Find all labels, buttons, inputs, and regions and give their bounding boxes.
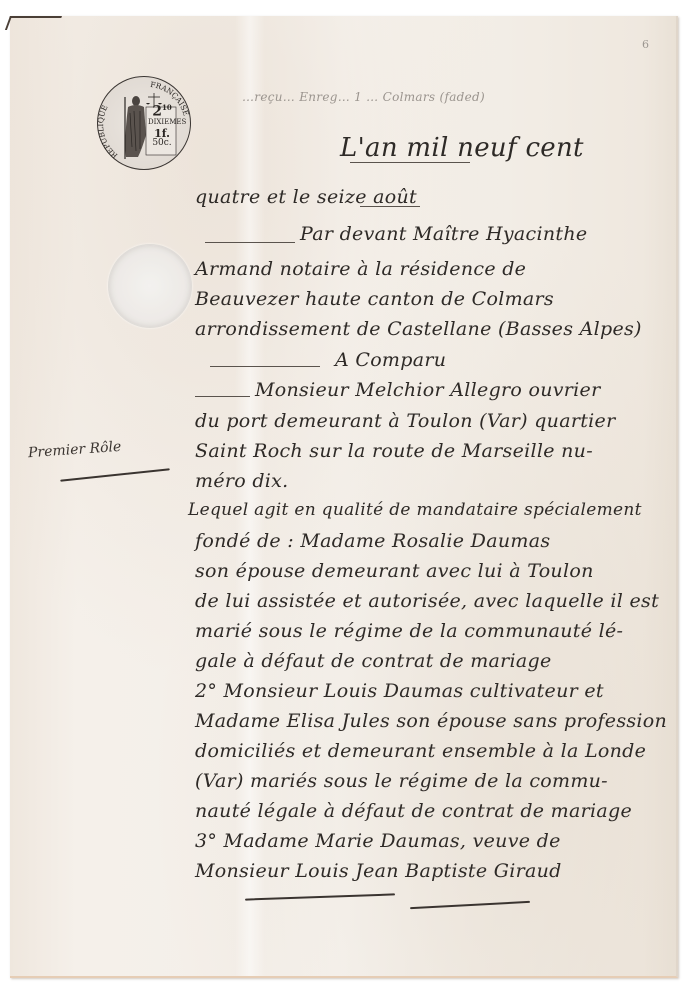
text-line-14: son épouse demeurant avec lui à Toulon [195, 560, 594, 582]
text-line-15: de lui assistée et autorisée, avec laque… [195, 590, 659, 612]
underline [205, 242, 295, 243]
closing-flourish [245, 893, 395, 900]
underline [210, 366, 320, 367]
text-line-2: quatre et le seize août [195, 186, 417, 208]
svg-text:REPUBLIQUE: REPUBLIQUE [98, 104, 119, 161]
text-line-13: fondé de : Madame Rosalie Daumas [195, 530, 550, 552]
text-line-17: gale à défaut de contrat de mariage [195, 650, 552, 672]
text-line-9: du port demeurant à Toulon (Var) quartie… [195, 410, 615, 432]
underline [195, 396, 250, 397]
text-line-12: Lequel agit en qualité de mandataire spé… [188, 500, 642, 520]
document-page: 6 REPUBLIQUE FRANÇAISE 210 [10, 16, 678, 978]
page-edge-marks [668, 196, 676, 616]
header-note: …reçu… Enreg… 1 … Colmars (faded) [242, 90, 485, 104]
text-line-16: marié sous le régime de la communauté lé… [195, 620, 623, 642]
revenue-stamp: REPUBLIQUE FRANÇAISE 210 DIXIEMES 1f. 50… [97, 76, 191, 170]
text-line-21: (Var) mariés sous le régime de la commu- [195, 770, 608, 792]
text-line-24: Monsieur Louis Jean Baptiste Giraud [195, 860, 562, 882]
text-line-4: Armand notaire à la résidence de [195, 258, 526, 280]
underline [350, 162, 470, 163]
page-number: 6 [642, 38, 649, 51]
text-line-10: Saint Roch sur la route de Marseille nu- [195, 440, 593, 462]
text-line-3: Par devant Maître Hyacinthe [300, 223, 587, 245]
text-line-8: Monsieur Melchior Allegro ouvrier [255, 379, 601, 401]
margin-flourish [60, 468, 170, 481]
text-line-11: méro dix. [195, 470, 289, 492]
margin-annotation: Premier Rôle [28, 439, 122, 461]
text-line-19: Madame Elisa Jules son épouse sans profe… [195, 710, 667, 732]
text-line-7: A Comparu [335, 349, 446, 371]
underline [360, 206, 420, 207]
text-line-22: nauté légale à défaut de contrat de mari… [195, 800, 632, 822]
text-line-6: arrondissement de Castellane (Basses Alp… [195, 318, 642, 340]
text-line-18: 2° Monsieur Louis Daumas cultivateur et [195, 680, 604, 702]
stamp-value: 210 DIXIEMES 1f. 50c. [148, 104, 176, 148]
text-line-1: L'an mil neuf cent [340, 133, 584, 163]
closing-flourish [410, 901, 530, 909]
text-line-23: 3° Madame Marie Daumas, veuve de [195, 830, 561, 852]
embossed-seal [108, 244, 192, 328]
folded-corner [5, 16, 62, 30]
text-line-5: Beauvezer haute canton de Colmars [195, 288, 554, 310]
text-line-20: domiciliés et demeurant ensemble à la Lo… [195, 740, 646, 762]
